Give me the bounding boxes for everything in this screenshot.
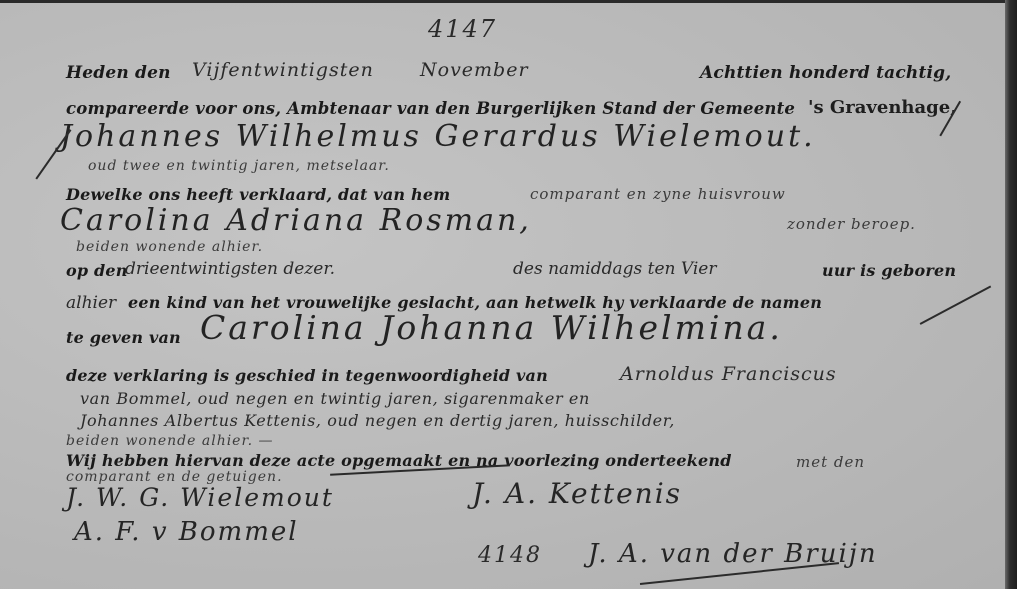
book-binding-edge (1005, 0, 1017, 589)
met-den-written: met den (796, 453, 865, 471)
te-geven-van-label: te geven van (66, 328, 181, 347)
city-name: 's Gravenhage, (808, 97, 956, 118)
signature-witness2: J. A. Kettenis (472, 477, 682, 510)
flourish-stroke (35, 129, 71, 179)
birth-day-written: drieentwintigsten dezer. (125, 259, 335, 279)
document-page: 4147 Heden den Vijfentwintigsten Novembe… (0, 3, 1005, 589)
flourish-stroke (920, 286, 991, 325)
heden-den-label: Heden den (66, 63, 171, 83)
year-printed: Achttien honderd tachtig, (700, 63, 951, 83)
witness1-details: van Bommel, oud negen en twintig jaren, … (80, 389, 590, 408)
record-number-top: 4147 (428, 15, 497, 43)
mother-occupation: zonder beroep. (787, 215, 916, 233)
father-name: Johannes Wilhelmus Gerardus Wielemout. (60, 119, 816, 154)
residence-parents: beiden wonende alhier. (76, 239, 263, 255)
signature-registrar: J. A. van der Bruijn (588, 539, 878, 569)
alhier-written: alhier (66, 293, 116, 313)
signature-witness1: A. F. v Bommel (74, 517, 299, 547)
witnesses-residence: beiden wonende alhier. — (66, 433, 274, 449)
wij-hebben-label: Wij hebben hiervan deze acte opgemaakt e… (66, 451, 732, 470)
dewelke-label: Dewelke ons heeft verklaard, dat van hem (66, 185, 450, 204)
mother-name: Carolina Adriana Rosman, (60, 203, 532, 238)
signature-father: J. W. G. Wielemout (66, 483, 334, 512)
witness1-first-names: Arnoldus Franciscus (620, 363, 837, 385)
father-details: oud twee en twintig jaren, metselaar. (88, 158, 390, 174)
uur-is-geboren-label: uur is geboren (822, 261, 956, 280)
child-name: Carolina Johanna Wilhelmina. (200, 308, 783, 347)
day-written: Vijfentwintigsten (192, 59, 374, 81)
month-written: November (420, 59, 529, 81)
birth-time-written: des namiddags ten Vier (513, 259, 716, 279)
verklaring-label: deze verklaring is geschied in tegenwoor… (66, 366, 548, 385)
op-den-label: op den (66, 261, 128, 280)
witness2-details: Johannes Albertus Kettenis, oud negen en… (80, 411, 675, 430)
record-number-bottom: 4148 (478, 543, 542, 568)
compareerde-label: compareerde voor ons, Ambtenaar van den … (66, 99, 795, 118)
comparant-huisvrouw: comparant en zyne huisvrouw (530, 185, 786, 203)
